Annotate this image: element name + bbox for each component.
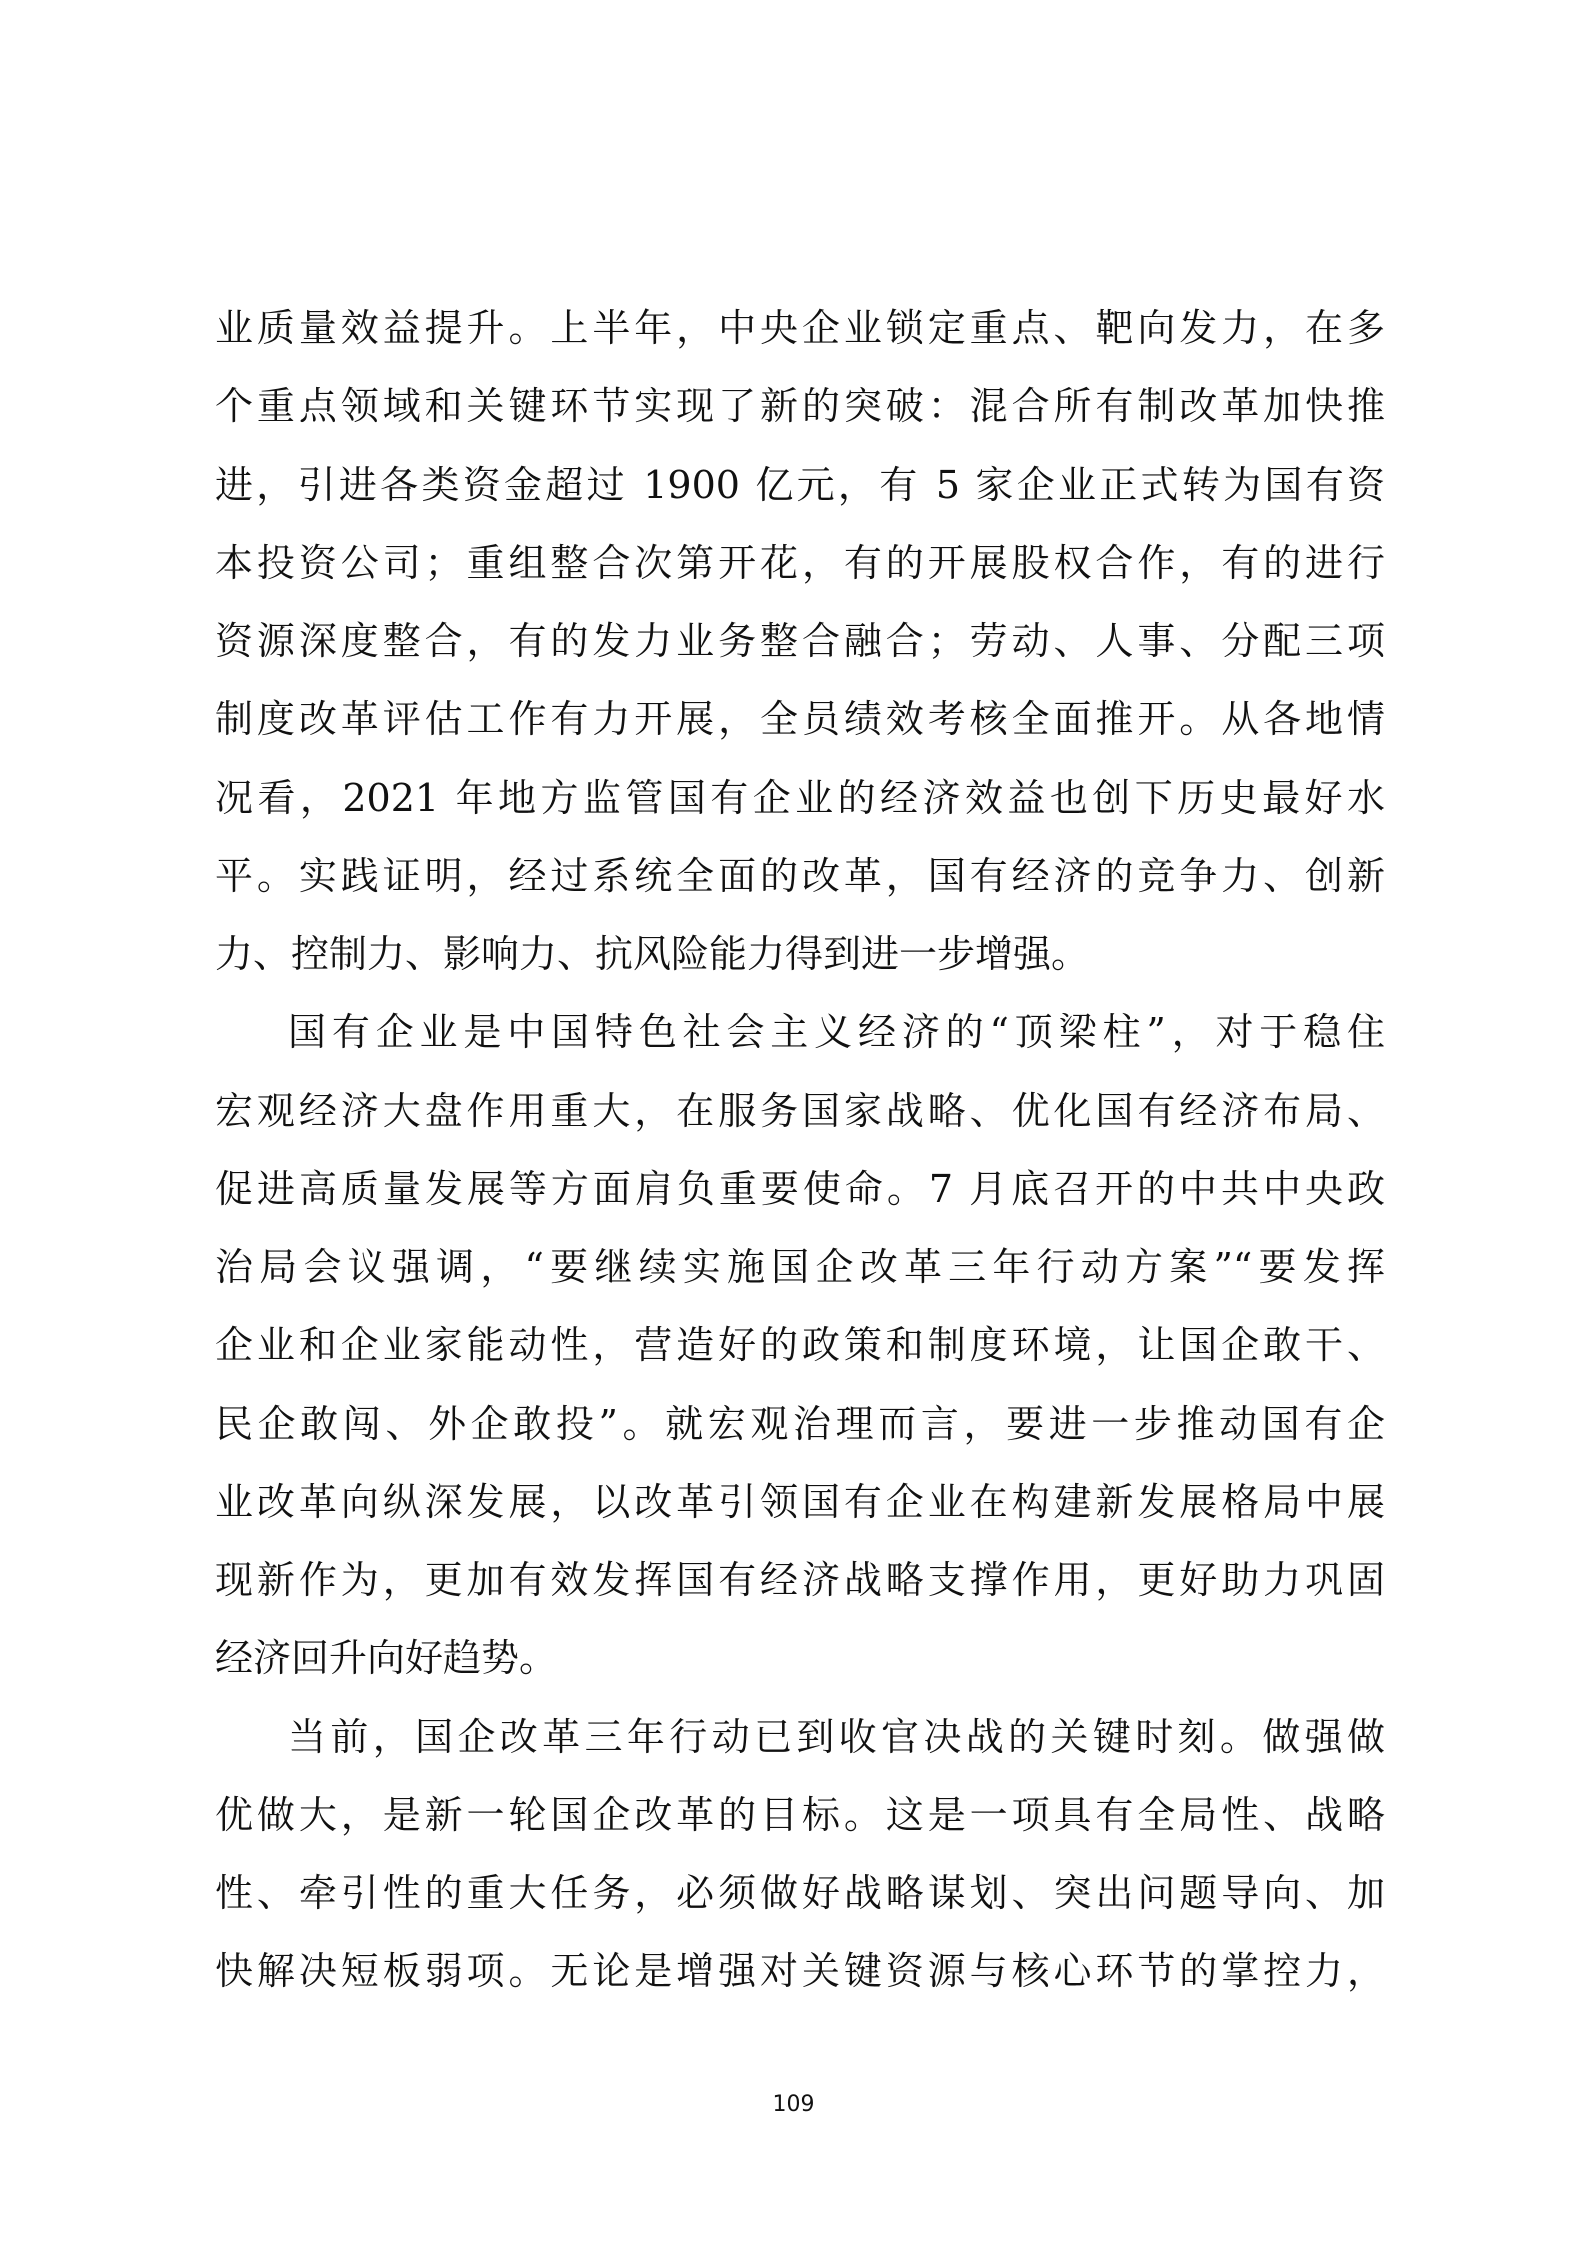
page-number: 109 (0, 2092, 1587, 2117)
text-line: 治局会议强调，“要继续实施国企改革三年行动方案”“要发挥 (215, 1228, 1385, 1306)
text-line: 优做大，是新一轮国企改革的目标。这是一项具有全局性、战略 (215, 1776, 1385, 1854)
text-line: 宏观经济大盘作用重大，在服务国家战略、优化国有经济布局、 (215, 1072, 1385, 1150)
text-line: 企业和企业家能动性，营造好的政策和制度环境，让国企敢干、 (215, 1306, 1385, 1384)
text-line: 力、控制力、影响力、抗风险能力得到进一步增强。 (215, 915, 1385, 993)
text-line: 现新作为，更加有效发挥国有经济战略支撑作用，更好助力巩固 (215, 1541, 1385, 1619)
text-line: 经济回升向好趋势。 (215, 1619, 1385, 1697)
text-line: 制度改革评估工作有力开展，全员绩效考核全面推开。从各地情 (215, 680, 1385, 758)
text-line: 民企敢闯、外企敢投”。就宏观治理而言，要进一步推动国有企 (215, 1385, 1385, 1463)
text-line: 个重点领域和关键环节实现了新的突破：混合所有制改革加快推 (215, 367, 1385, 445)
text-line: 本投资公司；重组整合次第开花，有的开展股权合作，有的进行 (215, 524, 1385, 602)
text-line: 促进高质量发展等方面肩负重要使命。7 月底召开的中共中央政 (215, 1150, 1385, 1228)
text-line: 资源深度整合，有的发力业务整合融合；劳动、人事、分配三项 (215, 602, 1385, 680)
paragraph-1: 业质量效益提升。上半年，中央企业锁定重点、靶向发力，在多 个重点领域和关键环节实… (215, 289, 1385, 993)
document-page: 业质量效益提升。上半年，中央企业锁定重点、靶向发力，在多 个重点领域和关键环节实… (0, 0, 1587, 2245)
paragraph-2: 国有企业是中国特色社会主义经济的“顶梁柱”，对于稳住 宏观经济大盘作用重大，在服… (215, 993, 1385, 1697)
text-line: 当前，国企改革三年行动已到收官决战的关键时刻。做强做 (215, 1698, 1385, 1776)
text-line: 进，引进各类资金超过 1900 亿元，有 5 家企业正式转为国有资 (215, 446, 1385, 524)
paragraph-3: 当前，国企改革三年行动已到收官决战的关键时刻。做强做 优做大，是新一轮国企改革的… (215, 1698, 1385, 2011)
text-line: 性、牵引性的重大任务，必须做好战略谋划、突出问题导向、加 (215, 1854, 1385, 1932)
text-line: 快解决短板弱项。无论是增强对关键资源与核心环节的掌控力， (215, 1932, 1385, 2010)
text-line: 况看，2021 年地方监管国有企业的经济效益也创下历史最好水 (215, 759, 1385, 837)
text-line: 业改革向纵深发展，以改革引领国有企业在构建新发展格局中展 (215, 1463, 1385, 1541)
text-line: 业质量效益提升。上半年，中央企业锁定重点、靶向发力，在多 (215, 289, 1385, 367)
text-line: 国有企业是中国特色社会主义经济的“顶梁柱”，对于稳住 (215, 993, 1385, 1071)
text-line: 平。实践证明，经过系统全面的改革，国有经济的竞争力、创新 (215, 837, 1385, 915)
body-text: 业质量效益提升。上半年，中央企业锁定重点、靶向发力，在多 个重点领域和关键环节实… (215, 289, 1385, 2011)
